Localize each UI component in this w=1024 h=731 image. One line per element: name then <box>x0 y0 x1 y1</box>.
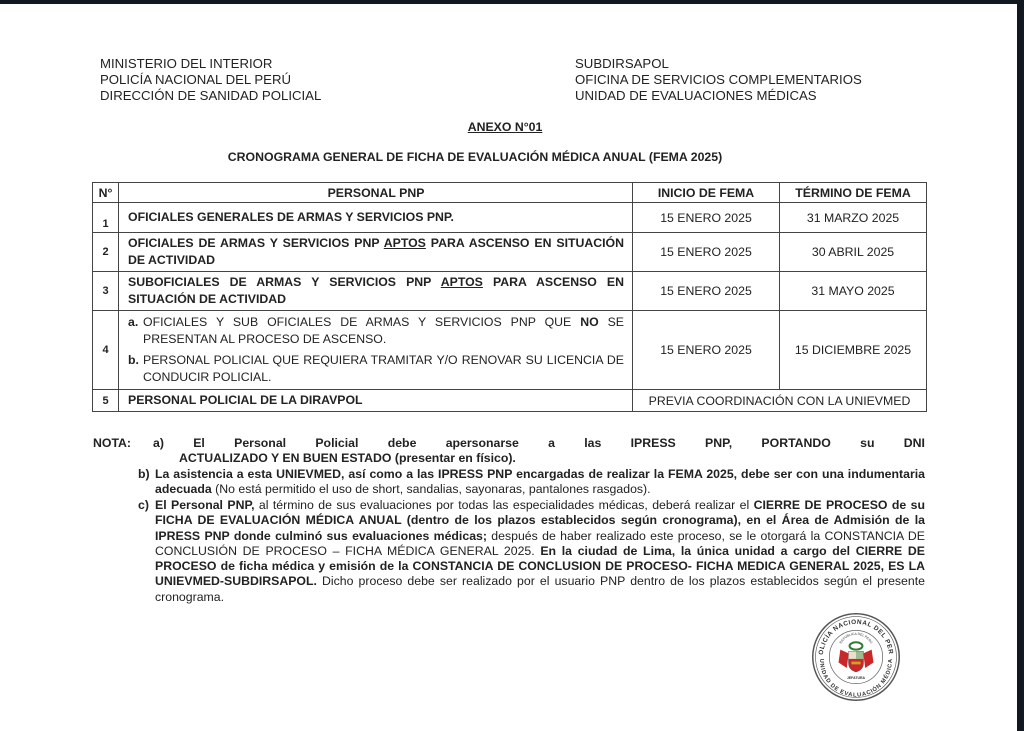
header-right-line: OFICINA DE SERVICIOS COMPLEMENTARIOS <box>575 72 862 88</box>
note-a-word: su <box>860 436 874 451</box>
note-a-line2: ACTUALIZADO Y EN BUEN ESTADO (presentar … <box>179 451 925 466</box>
note-a: a)ElPersonalPolicialdebeapersonarsealasI… <box>153 436 925 467</box>
note-b-body: La asistencia a esta UNIEVMED, así como … <box>155 467 925 498</box>
row-inicio: 15 ENERO 2025 <box>633 203 780 233</box>
note-a-word: IPRESS <box>631 436 676 451</box>
personal-text: OFICIALES DE ARMAS Y SERVICIOS PNP <box>128 236 384 250</box>
no-emphasis: NO <box>580 315 598 329</box>
row-inicio: 15 ENERO 2025 <box>633 233 780 272</box>
notes-label: NOTA: <box>93 436 131 451</box>
header-right-line: UNIDAD DE EVALUACIONES MÉDICAS <box>575 88 862 104</box>
note-a-normal: (presentar en físico). <box>391 451 515 465</box>
document-title: CRONOGRAMA GENERAL DE FICHA DE EVALUACIÓ… <box>0 150 950 164</box>
note-a-word: a <box>548 436 555 451</box>
note-a-bold: ACTUALIZADO Y EN BUEN ESTADO <box>179 451 391 465</box>
row-number: 2 <box>93 233 119 272</box>
note-a-word: apersonarse <box>446 436 519 451</box>
row-termino: 31 MAYO 2025 <box>780 272 927 311</box>
note-a-word: Personal <box>234 436 286 451</box>
note-a-word: PORTANDO <box>761 436 830 451</box>
sub-item-text: PERSONAL POLICIAL QUE REQUIERA TRAMITAR … <box>143 352 624 386</box>
header-right-office: SUBDIRSAPOL OFICINA DE SERVICIOS COMPLEM… <box>575 56 862 104</box>
header-left-line: DIRECCIÓN DE SANIDAD POLICIAL <box>100 88 321 104</box>
header-termino: TÉRMINO DE FEMA <box>780 183 927 203</box>
table-row: 3 SUBOFICIALES DE ARMAS Y SERVICIOS PNP … <box>93 272 927 311</box>
note-c-label: c) <box>138 498 149 513</box>
note-c-body: El Personal PNP, al término de sus evalu… <box>155 498 925 605</box>
note-b-normal: (No está permitido el uso de short, sand… <box>212 482 651 496</box>
annex-title: ANEXO N°01 <box>0 120 1010 134</box>
row-personal: OFICIALES GENERALES DE ARMAS Y SERVICIOS… <box>119 203 633 233</box>
note-a-word: PNP, <box>705 436 732 451</box>
window-frame-right <box>1017 0 1024 731</box>
sub-item-label: a. <box>128 314 143 348</box>
police-seal-icon: POLICÍA NACIONAL DEL PERÚ UNIDAD DE EVAL… <box>810 611 902 703</box>
row-termino: 15 DICIEMBRE 2025 <box>780 311 927 390</box>
row-number: 3 <box>93 272 119 311</box>
note-a-line1: a)ElPersonalPolicialdebeapersonarsealasI… <box>153 436 925 451</box>
header-num: N° <box>93 183 119 203</box>
header-left-line: POLICÍA NACIONAL DEL PERÚ <box>100 72 321 88</box>
sub-item-label: b. <box>128 352 143 386</box>
note-a-word: las <box>584 436 601 451</box>
row-number: 1 <box>93 203 119 233</box>
row-termino: 30 ABRIL 2025 <box>780 233 927 272</box>
row-personal: OFICIALES DE ARMAS Y SERVICIOS PNP APTOS… <box>119 233 633 272</box>
note-c: c) El Personal PNP, al término de sus ev… <box>138 498 925 605</box>
note-c-bold: El Personal PNP, <box>155 498 254 512</box>
header-personal: PERSONAL PNP <box>119 183 633 203</box>
note-b-label: b) <box>138 467 150 482</box>
schedule-table: N° PERSONAL PNP INICIO DE FEMA TÉRMINO D… <box>92 182 927 412</box>
seal-inner-bottom-text: JEFATURA <box>847 676 866 680</box>
header-left-institution: MINISTERIO DEL INTERIOR POLICÍA NACIONAL… <box>100 56 321 104</box>
row-personal: a. OFICIALES Y SUB OFICIALES DE ARMAS Y … <box>119 311 633 390</box>
table-row: 5 PERSONAL POLICIAL DE LA DIRAVPOL PREVI… <box>93 390 927 412</box>
header-left-line: MINISTERIO DEL INTERIOR <box>100 56 321 72</box>
personal-text: SUBOFICIALES DE ARMAS Y SERVICIOS PNP <box>128 275 441 289</box>
table-row: 4 a. OFICIALES Y SUB OFICIALES DE ARMAS … <box>93 311 927 390</box>
row-number: 4 <box>93 311 119 390</box>
note-a-word: debe <box>388 436 417 451</box>
row-termino: 31 MARZO 2025 <box>780 203 927 233</box>
table-row: 2 OFICIALES DE ARMAS Y SERVICIOS PNP APT… <box>93 233 927 272</box>
note-c-normal: al término de sus evaluaciones por todas… <box>254 498 753 512</box>
window-frame-top <box>0 0 1024 4</box>
aptos-emphasis: APTOS <box>441 275 483 289</box>
row-personal: PERSONAL POLICIAL DE LA DIRAVPOL <box>119 390 633 412</box>
aptos-emphasis: APTOS <box>384 236 426 250</box>
note-a-word: El <box>193 436 205 451</box>
table-row: 1 OFICIALES GENERALES DE ARMAS Y SERVICI… <box>93 203 927 233</box>
header-right-line: SUBDIRSAPOL <box>575 56 862 72</box>
row-number: 5 <box>93 390 119 412</box>
note-b: b) La asistencia a esta UNIEVMED, así co… <box>138 467 925 498</box>
note-a-word: DNI <box>904 436 925 451</box>
sub-item-a: a. OFICIALES Y SUB OFICIALES DE ARMAS Y … <box>128 314 624 348</box>
row-merged-dates: PREVIA COORDINACIÓN CON LA UNIEVMED <box>633 390 927 412</box>
table-header-row: N° PERSONAL PNP INICIO DE FEMA TÉRMINO D… <box>93 183 927 203</box>
row-personal: SUBOFICIALES DE ARMAS Y SERVICIOS PNP AP… <box>119 272 633 311</box>
sub-item-b: b. PERSONAL POLICIAL QUE REQUIERA TRAMIT… <box>128 352 624 386</box>
row-inicio: 15 ENERO 2025 <box>633 311 780 390</box>
note-a-label: a) <box>153 436 164 451</box>
sub-item-text: OFICIALES Y SUB OFICIALES DE ARMAS Y SER… <box>143 314 624 348</box>
header-inicio: INICIO DE FEMA <box>633 183 780 203</box>
sub-item-text-part: OFICIALES Y SUB OFICIALES DE ARMAS Y SER… <box>143 315 580 329</box>
note-a-word: Policial <box>315 436 358 451</box>
row-inicio: 15 ENERO 2025 <box>633 272 780 311</box>
